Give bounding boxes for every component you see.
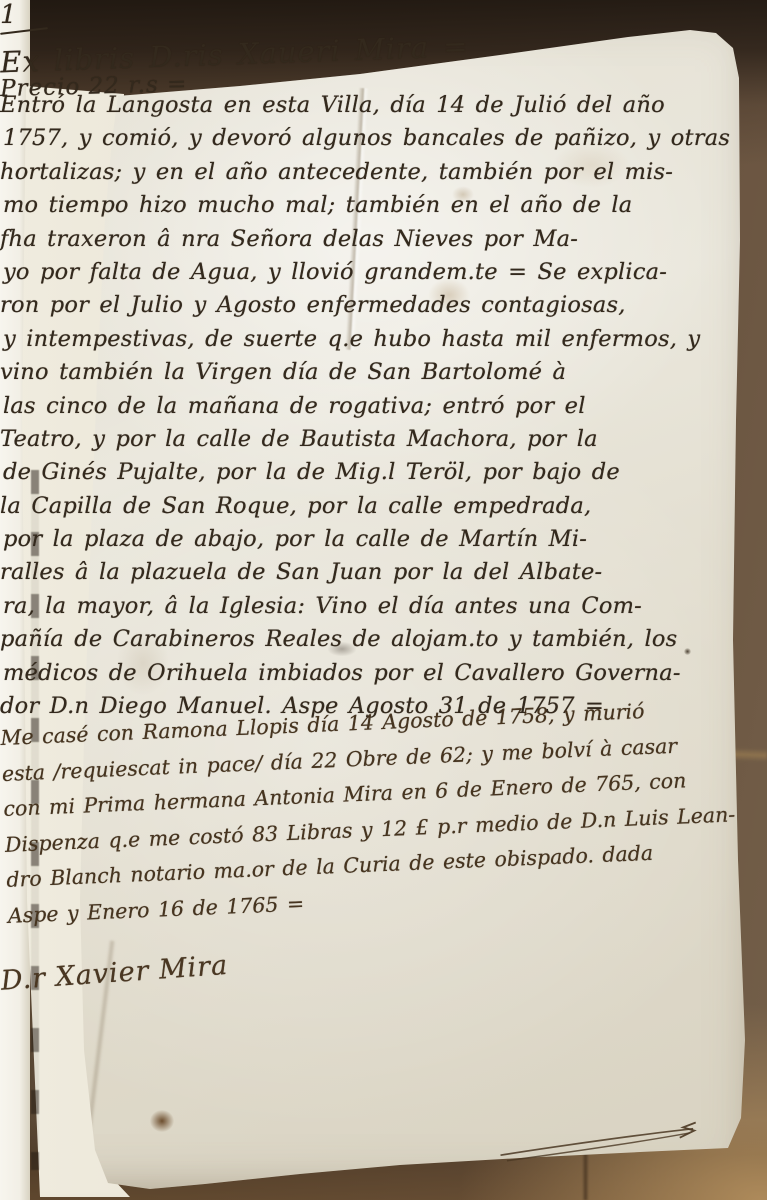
main-text-line: y intempestivas, de suerte q.e hubo hast… <box>3 326 690 359</box>
main-text-line: por la plaza de abajo, por la calle de M… <box>3 526 690 559</box>
main-text-line: ralles â la plazuela de San Juan por la … <box>0 559 690 592</box>
main-text-line: ron por el Julio y Agosto enfermedades c… <box>0 292 690 325</box>
main-text-line: médicos de Orihuela imbiados por el Cava… <box>3 660 690 693</box>
main-text-line: la Capilla de San Roque, por la calle em… <box>0 493 690 526</box>
main-text-line: fha traxeron â nra Señora delas Nieves p… <box>0 226 690 259</box>
signature-rubric-flourish <box>493 1120 713 1167</box>
main-text-line: ra, la mayor, â la Iglesia: Vino el día … <box>3 593 690 626</box>
manuscript-photo: 1 Ex libris D.ris Xaueri Mira = Precio 2… <box>0 0 767 1200</box>
main-text-line: Teatro, y por la calle de Bautista Macho… <box>0 426 690 459</box>
main-text-line: vino también la Virgen día de San Bartol… <box>0 359 690 392</box>
marriage-note-paragraph: Me casé con Ramona Llopis día 14 Agosto … <box>0 697 718 940</box>
handwriting-layer: 1 Ex libris D.ris Xaueri Mira = Precio 2… <box>0 0 767 1200</box>
locust-entry-paragraph: Entró la Langosta en esta Villa, día 14 … <box>0 92 690 726</box>
main-text-line: pañía de Carabineros Reales de alojam.to… <box>0 626 690 659</box>
main-text-line: 1757, y comió, y devoró algunos bancales… <box>3 125 690 158</box>
main-text-line: las cinco de la mañana de rogativa; entr… <box>3 393 690 426</box>
main-text-line: yo por falta de Agua, y llovió grandem.t… <box>3 259 690 292</box>
main-text-line: mo tiempo hizo mucho mal; también en el … <box>3 192 690 225</box>
main-text-line: hortalizas; y en el año antecedente, tam… <box>0 159 690 192</box>
main-text-line: de Ginés Pujalte, por la de Mig.l Teröl,… <box>3 459 690 492</box>
